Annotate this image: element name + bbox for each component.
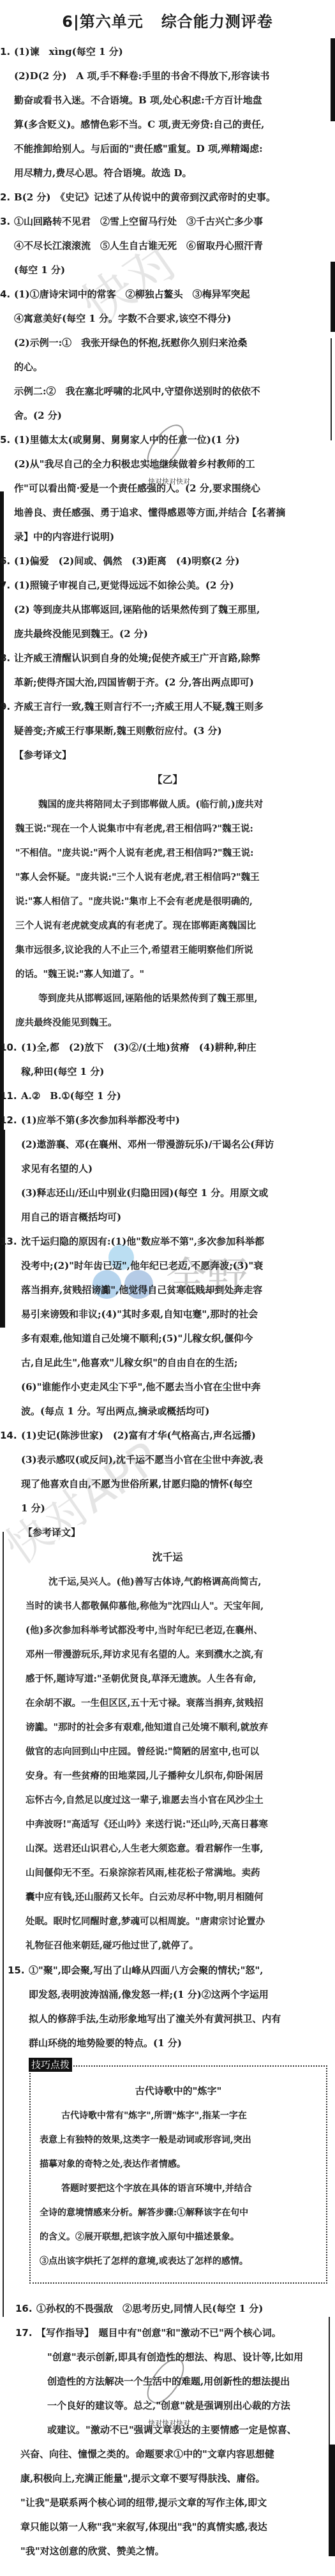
translation-line: 魏王说:"现在一个人说集市中有老虎,君王相信吗?"魏王说: [0,817,335,841]
translation-line: (他)多次参加科举考试都没考中,当时年纪已老迈,在襄州、 [0,1619,335,1643]
answer-line: 算(多含贬义)。感情色彩不当。C 项,责无旁贷:自己的责任, [0,112,335,137]
answer-line: (2) 等到庞共从邯郸返回,诬陷他的话果然传到了魏王那里, [0,597,335,622]
answer-line: 一个良好的建议等。总之,"创意"就是强调别出心裁的方法 [15,2393,335,2418]
answer-item-3: 3. ①山回路转不见君 ②雪上空留马行处 ③千古兴亡多少事 ④不尽长江滚滚流 ⑤… [0,209,335,282]
answer-line: 古,自足此生",他喜欢"儿稼女织"的自由自在的生活; [0,1351,335,1375]
answer-line: 不能推卸给别人。与后面的"责任感"重复。D 项,殚精竭虑: [0,137,335,161]
answer-line: 1 分) [0,1496,335,1520]
answer-item-2: 2. B(2 分) 《史记》记述了从传说中的黄帝到汉武帝时的史事。 [0,185,335,209]
scan-edge [3,1532,4,2317]
translation-line: 庞共最终没能见到魏王。 [0,1011,335,1035]
answer-line: 易引来谤毁和非议;(4)"其时多艰,自知屯蹇",那时的社会 [0,1302,335,1326]
translation-line: 山深。送君还山识君心,人生老大须恣意。看君解作一生事, [0,1837,335,1861]
question-number: 15. [8,1958,25,1982]
translation-line: 集市远很多,议论我的人不止三个,希望君王能明察他们所说 [0,938,335,962]
reference-translation-1: 魏国的庞共将陪同太子到邯郸做人质。(临行前,)庞共对 魏王说:"现在一个人说集市… [0,793,335,1035]
question-number: 13. [0,1229,17,1254]
answer-line: 革新;使得齐国大治,四国皆朝于齐。(2 分,答出两点即可) [0,670,335,694]
answer-line: 舍。(2 分) [0,403,335,428]
reference-translation-label: 【参考译文】 [0,743,335,767]
answer-line: 创造性的方法解决一个生活中的难题,用创新性的想法提出 [15,2369,335,2393]
answer-line: "我"对这创意的欣赏、赞美之情。 [15,2539,335,2563]
answer-line: (2)遨游襄、邓(在襄州、邓州一带漫游玩乐)/干谒名公(拜访 [0,1132,335,1157]
unit-name: 第六单元 [80,13,144,31]
answer-line: 落当捐弃,贫贱招谤讟",他觉得自己贫寒低贱却到处奔走容 [0,1278,335,1302]
tip-title: 古代诗歌中的"炼字" [40,2078,317,2104]
answer-line: 稼,种田(每空 1 分) [0,1060,335,1084]
translation-line: 感于怀,题诗写道:"圣朝优贤良,草泽无遗族。人生各有命, [0,1667,335,1691]
reference-translation-label: 【参考译文】 [0,1520,335,1545]
translation-line: 忘怀古今,自然足以度过这一辈子,谁愿去当小官在风沙尘土 [0,1788,335,1813]
tip-box: 技巧点拨 古代诗歌中的"炼字" 古代诗歌中常有"炼字",所谓"炼字",指某一字在… [29,2065,327,2284]
answer-line: (6)"谁能作小吏走风尘下乎",他不愿去当小官在尘世中奔 [0,1375,335,1399]
answer-page: 快对 快对APP 快对快对快对 快对快对快对 全野 6|第六单元综合能力测评卷 … [0,0,335,2576]
question-number: 8. [0,646,10,670]
question-number: 10. [0,1035,17,1060]
question-number: 12. [0,1108,17,1132]
translation-line: 囊中应有钱,还山服药又长年。白云劝尽杯中物,明月相随何 [0,1885,335,1910]
question-number: 17. [15,2321,33,2345]
answer-item-14: 14. (1)史记(陈涉世家) (2)富有才华(气格高古,声名远播) (3)表示… [0,1423,335,1520]
tip-line: 表意上有独特的效果,这类字一般是动词或形容词,突出 [40,2128,317,2152]
passage-subtitle: 【乙】 [0,767,335,793]
reference-translation-2: 沈千运,吴兴人。(他)善写古体诗,气韵格调高尚简古, 当时的读书人都敬佩仰慕他,… [0,1570,335,1958]
test-title: 综合能力测评卷 [161,13,273,31]
answer-line: (每空 1 分) [0,258,335,282]
answer-item-9: 9. 齐威王言行一致,魏王则言行不一;齐威王用人不疑,魏王则多 疑善变;齐威王行… [0,694,335,743]
question-number: 3. [0,209,10,234]
question-number: 16. [15,2296,33,2321]
answer-line: 【写作指导】 题目中有"创意"和"激动不已"两个核心词。 [15,2321,335,2345]
answer-line: 即发怒,表明波涛汹涌,像发怒一样;(1 分)②这两个字运用 [8,1982,335,2007]
answer-line: 没考中;(2)"时年齿已迈",他年纪已老迈,不愿奔波;(3)"衰 [0,1254,335,1278]
tip-line: ③点出该字烘托了怎样的意境,或表达了怎样的感情。 [40,2249,317,2273]
answer-line: 让齐威王清醒认识到自身的处境;促使齐威王广开言路,除弊 [0,646,335,670]
unit-number: 6 [62,13,73,31]
tip-line: 描摹对象的奇特之处,表达作者情感。 [40,2152,317,2176]
answer-line: ①山回路转不见君 ②雪上空留马行处 ③千古兴亡多少事 [0,209,335,234]
answer-line: 疑善变;齐威王行事果断,魏王则敷衍应付。(3 分) [0,719,335,743]
translation-line: 做官的志向回到山中庄园。曾经说:"简陋的居室中,也可以 [0,1740,335,1764]
translation-line: "不相信。"庞共说:"两个人说有老虎,君王相信吗?"魏王说: [0,841,335,865]
answer-item-8: 8. 让齐威王清醒认识到自身的处境;促使齐威王广开言路,除弊 革新;使得齐国大治… [0,646,335,694]
question-number: 6. [0,549,10,573]
answer-item-15: 15. ①"聚",即会聚,写出了山峰从四面八方会聚的情状;"怒", 即发怒,表明… [0,1958,335,2055]
question-number: 4. [0,282,10,306]
answer-line: 拟人的修辞手法,生动形象地写出了潼关外有黄河拱卫、内有 [8,2007,335,2031]
answer-item-5: 5. (1)里德太太(或舅舅、舅舅家人中的任意一位)(1 分) (2)从"我尽自… [0,428,335,549]
answer-item-10: 10. (1)全,都 (2)放下 (3)②/(土地)贫瘠 (4)耕种,种庄 稼,… [0,1035,335,1084]
answer-line: (3)释志还山/还山中别业(归隐田园)(每空 1 分。用原文或 [0,1181,335,1205]
answer-line: 的心。 [0,355,335,379]
answer-line: 沈千运归隐的原因有:(1)他"数应举不第",多次参加科举都 [0,1229,335,1254]
answer-line: (1)照镜子审视自己,更觉得远远不如徐公美。(2 分) [0,573,335,597]
tip-line: 答题时要把这个字放在具体的语言环境中,并结合 [40,2176,317,2201]
answer-line: 示例二:② 我在塞北呼啸的北风中,守望你送别时的依依不 [0,379,335,403]
question-number: 1. [0,40,10,64]
answer-line: ④寓意美好(每空 1 分。字数不合要求,该空不得分) [0,306,335,331]
translation-line: 的话。"魏王说:"寡人知道了。" [0,962,335,987]
answer-line: (1)谏 xìng(每空 1 分) [0,40,335,64]
answer-line: 用自己的语言概括均可) [0,1205,335,1229]
question-number: 14. [0,1423,17,1448]
answer-line: (1)史记(陈涉世家) (2)富有才华(气格高古,声名远播) [0,1423,335,1448]
translation-line: 谤讟。"那时的社会多有艰难,他知道自己处境不顺利,就放弃 [0,1716,335,1740]
answer-line: (1)应举不第(多次参加科举都没考中) [0,1108,335,1132]
answer-item-6: 6. (1)偏爱 (2)间或、偶然 (3)距离 (4)明察(2 分) [0,549,335,573]
answer-line: 用尽精力,费尽心思。符合语境。故选 D。 [0,161,335,185]
answer-line: 求见有名望的人) [0,1157,335,1181]
question-number: 9. [0,694,10,719]
translation-line: "寡人会怀疑。"庞共说:"三个人说有老虎,君王相信吗?"魏王 [0,865,335,890]
answer-line: (2)从"我尽自己的全力积极忠实地继续做着乡村教师的工 [0,452,335,476]
question-number: 7. [0,573,10,597]
translation-line: 三个人说有老虎就变成真的有老虎了。现在邯郸距离魏国比 [0,914,335,938]
answer-line: 群山环绕的地势险要的特点。(1 分) [8,2031,335,2055]
answer-line: 地善良、责任感强、勇于追求、懂得感恩等方面,并结合【名著摘 [0,500,335,525]
translation-line: 等到庞共从邯郸返回,诬陷他的话果然传到了魏王那里, [0,987,335,1011]
question-number: 11. [0,1084,17,1108]
answer-line: (1)①唐诗宋词中的常客 ②柳独占鳌头 ③梅异军突起 [0,282,335,306]
answer-item-13: 13. 沈千运归隐的原因有:(1)他"数应举不第",多次参加科举都 没考中;(2… [0,1229,335,1423]
answer-line: (1)里德太太(或舅舅、舅舅家人中的任意一位)(1 分) [0,428,335,452]
answer-item-16: 16. ①孙权的不畏强敌 ②思考历史,同情人民(每空 1 分) [0,2296,335,2321]
answer-line: A.② B.①(每空 1 分) [0,1084,335,1108]
translation-line: 在余胡不淑。一生但区区,五十无寸禄。衰落当捐弃,贫贱招 [0,1691,335,1716]
translation-line: 魏国的庞共将陪同太子到邯郸做人质。(临行前,)庞共对 [0,793,335,817]
page-title: 6|第六单元综合能力测评卷 [0,0,335,40]
answer-item-11: 11. A.② B.①(每空 1 分) [0,1084,335,1108]
answer-line: 康,积极向上,充满正能量",提示文章不要写得肤浅、庸俗。 [15,2466,335,2490]
answer-line: ①"聚",即会聚,写出了山峰从四面八方会聚的情状;"怒", [8,1958,335,1982]
translation-line: 中奔波呀!"高适写《还山吟》来送行说:"还山吟,天高日暮寒 [0,1813,335,1837]
answer-line: 波。(每点 1 分。写出两点,摘录或概括均可) [0,1399,335,1423]
answer-line: 庞共最终没能见到魏王。(2 分) [0,622,335,646]
answer-item-7: 7. (1)照镜子审视自己,更觉得远远不如徐公美。(2 分) (2) 等到庞共从… [0,573,335,646]
question-number: 2. [0,185,10,209]
answer-line: 兴奋、向往、憧憬之类的。命题要求①中的"文章内容思想健 [15,2442,335,2466]
translation-line: 安身。有一些贫瘠的田地菜园,儿子播种女儿织布,仰卧闲居 [0,1764,335,1788]
translation-line: 说:"寡人相信了。"庞共说:"集市上不会有老虎是很明确的, [0,890,335,914]
answer-item-1: 1. (1)谏 xìng(每空 1 分) (2)D(2 分) A 项,手不释卷:… [0,40,335,185]
answer-item-17: 17. 【写作指导】 题目中有"创意"和"激动不已"两个核心词。 "创意"表示创… [0,2321,335,2563]
answer-item-12: 12. (1)应举不第(多次参加科举都没考中) (2)遨游襄、邓(在襄州、邓州一… [0,1108,335,1229]
question-number: 5. [0,428,10,452]
tip-tag: 技巧点拨 [29,2058,72,2072]
passage-subtitle: 沈千运 [0,1545,335,1570]
translation-line: 山间偃仰无不至。石泉淙淙若风雨,桂花松子常满地。卖药 [0,1861,335,1885]
answer-line: (1)偏爱 (2)间或、偶然 (3)距离 (4)明察(2 分) [0,549,335,573]
answer-line: 多有艰难,他知道自己处境不顺利;(5)"儿稼女织,偃仰今 [0,1326,335,1351]
answer-line: (2)示例一:① 我张开绿色的怀抱,抚慰你久别归来沧桑 [0,331,335,355]
tip-line: 全诗的意境情感来分析。解答步骤:①解释该字在句中 [40,2201,317,2225]
answer-line: "创意"表示创新,即具有创造性的想法、构思、设计等,比如用 [15,2345,335,2369]
answer-line: (2)D(2 分) A 项,手不释卷:手里的书舍不得放下,形容读书 [0,64,335,88]
answer-line: ①孙权的不畏强敌 ②思考历史,同情人民(每空 1 分) [15,2296,335,2321]
answer-line: 现了他喜欢自由,不愿为世俗所累,甘愿归隐的情怀(每空 [0,1472,335,1496]
translation-line: 当时的读书人都敬佩仰慕他,称他为"沈四山人"。天宝年间, [0,1594,335,1619]
answer-line: 章只能以第一人称"我"来叙写,体现出"我"的真情实感,表达 [15,2515,335,2539]
answer-line: (3)表示感叹(或反问),沈千运不愿当小官在尘世中奔波,表 [0,1448,335,1472]
answer-line: 或建议。"激动不已"强调文章表达的主要情感一定是惊喜、 [15,2418,335,2442]
tip-line: 的含义。②展开联想,把该字放入原句中描述景象。 [40,2225,317,2249]
translation-line: 邓州一带漫游玩乐,拜访求见有名望的人。来到濮水之滨,有 [0,1643,335,1667]
translation-line: 处眠。眠时忆同醒时意,梦魂可以相周旋。"唐肃宗讨论置办 [0,1910,335,1934]
tip-line: 古代诗歌中常有"炼字",所谓"炼字",指某一字在 [40,2104,317,2128]
answer-item-4: 4. (1)①唐诗宋词中的常客 ②柳独占鳌头 ③梅异军突起 ④寓意美好(每空 1… [0,282,335,428]
answer-line: "让我"是联系两个核心词的纽带,提示文章的写作主体,即文 [15,2490,335,2515]
answer-line: ④不尽长江滚滚流 ⑤人生自古谁无死 ⑥留取丹心照汗青 [0,234,335,258]
answer-line: B(2 分) 《史记》记述了从传说中的黄帝到汉武帝时的史事。 [0,185,335,209]
answer-line: 录】中的内容进行说明) [0,525,335,549]
answer-line: 勤奋或看书入迷。不合语境。B 项,处心积虑:千方百计地盘 [0,88,335,112]
answer-line: (1)全,都 (2)放下 (3)②/(土地)贫瘠 (4)耕种,种庄 [0,1035,335,1060]
answer-line: 作"可以看出简·爱是一个责任感强的人。(2 分,要求围绕心 [0,476,335,500]
answer-line: 齐威王言行一致,魏王则言行不一;齐威王用人不疑,魏王则多 [0,694,335,719]
translation-line: 礼物征召他来朝廷,碰巧他过世了,就停了。 [0,1934,335,1958]
translation-line: 沈千运,吴兴人。(他)善写古体诗,气韵格调高尚简古, [0,1570,335,1594]
